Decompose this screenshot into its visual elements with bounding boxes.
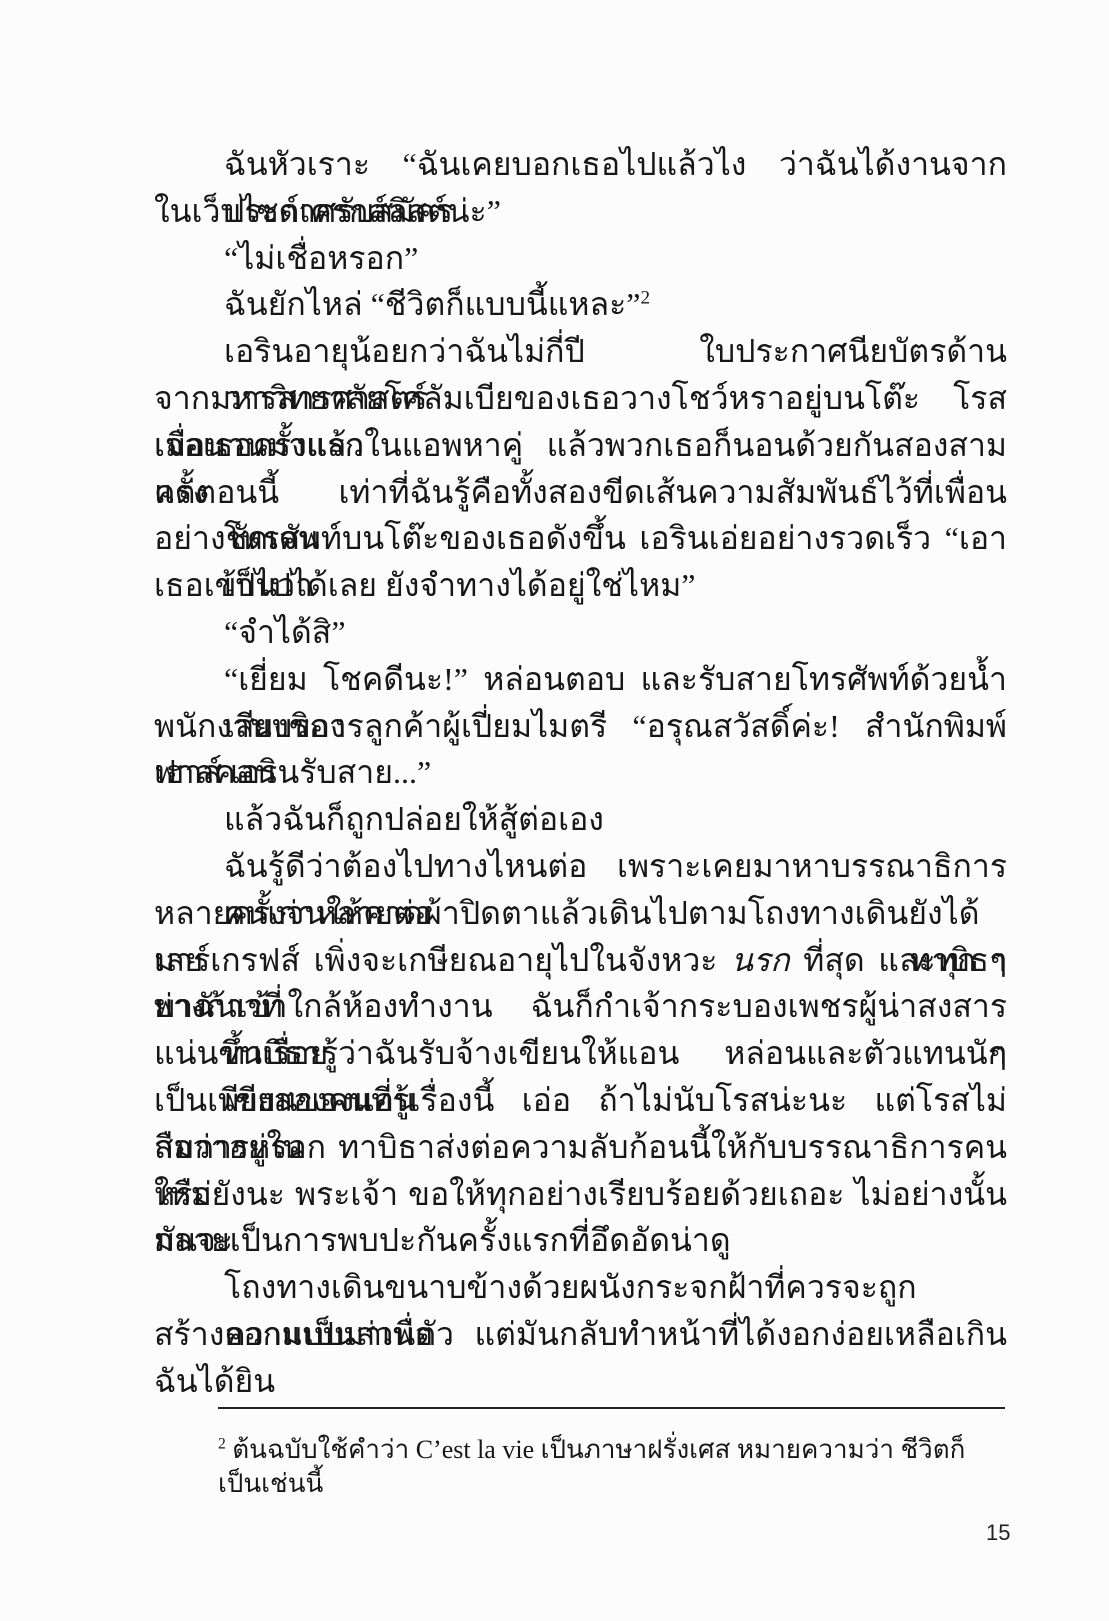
text-segment: “ไม่เชื่อหรอก” — [224, 240, 418, 276]
text-line: สมการหรอก ทาบิธาส่งต่อความลับก้อนนี้ให้ก… — [154, 1124, 1007, 1171]
text-line: เธอเข้าไปได้เลย ยังจำทางได้อยู่ใช่ไหม” — [154, 562, 1007, 609]
page-number: 15 — [986, 1520, 1010, 1546]
text-segment: เธอเข้าไปได้เลย ยังจำทางได้อยู่ใช่ไหม” — [154, 567, 696, 603]
text-line: มาร์เกรฟส์ เพิ่งจะเกษียณอายุไปในจังหวะ น… — [154, 937, 1007, 984]
text-segment: นรก — [731, 942, 789, 978]
text-line: “จำได้สิ” — [154, 609, 1007, 656]
footnote-text: 2 ต้นฉบับใช้คำว่า C’est la vie เป็นภาษาฝ… — [218, 1409, 1005, 1501]
text-line: เป็นเพียงสองคนที่รู้เรื่องนี้ เอ่อ ถ้าไม… — [154, 1077, 1007, 1124]
text-line: ฉันหัวเราะ “ฉันเคยบอกเธอไปแล้วไง ว่าฉันไ… — [154, 141, 1007, 188]
text-segment: ในเว็บไซต์เครกส์ลิสต์น่ะ” — [154, 193, 501, 229]
text-segment: แล้วฉันก็ถูกปล่อยให้สู้ต่อเอง — [224, 801, 604, 837]
footnote-marker: 2 — [218, 1435, 226, 1452]
footnote-reference: 2 — [640, 288, 650, 309]
text-segment: ฉันยักไหล่ “ชีวิตก็แบบนี้แหละ” — [224, 286, 640, 322]
text-line: เมื่อนานมาแล้วในแอพหาคู่ แล้วพวกเธอก็นอน… — [154, 422, 1007, 469]
text-line: แล้วฉันก็ถูกปล่อยให้สู้ต่อเอง — [154, 796, 1007, 843]
text-line: ทาบิธารู้ว่าฉันรับจ้างเขียนให้แอน หล่อนแ… — [154, 1030, 1007, 1077]
footnote-body: ต้นฉบับใช้คำว่า C’est la vie เป็นภาษาฝรั… — [218, 1435, 965, 1498]
text-line: แต่ตอนนี้ เท่าที่ฉันรู้คือทั้งสองขีดเส้น… — [154, 469, 1007, 516]
text-line: กลายเป็นการพบปะกันครั้งแรกที่อึดอัดน่าดู — [154, 1217, 1007, 1264]
text-line: โถงทางเดินขนาบข้างด้วยผนังกระจกฝ้าที่ควร… — [154, 1264, 1007, 1311]
text-segment: กลายเป็นการพบปะกันครั้งแรกที่อึดอัดน่าดู — [154, 1222, 731, 1258]
text-line: ในเว็บไซต์เครกส์ลิสต์น่ะ” — [154, 188, 1007, 235]
text-line: ฉันยักไหล่ “ชีวิตก็แบบนี้แหละ”2 — [154, 281, 1007, 328]
text-line: พาฉันเข้าใกล้ห้องทำงาน ฉันก็กำเจ้ากระบอง… — [154, 983, 1007, 1030]
text-line: พนักงานบริการลูกค้าผู้เปี่ยมไมตรี “อรุณส… — [154, 703, 1007, 750]
book-page: ฉันหัวเราะ “ฉันเคยบอกเธอไปแล้วไง ว่าฉันไ… — [0, 0, 1109, 1621]
text-line: สร้างความเป็นส่วนตัว แต่มันกลับทำหน้าที่… — [154, 1311, 1007, 1358]
text-line: ฉันรู้ดีว่าต้องไปทางไหนต่อ เพราะเคยมาหาบ… — [154, 843, 1007, 890]
text-line: โทรศัพท์บนโต๊ะของเธอดังขึ้น เอรินเอ่ยอย่… — [154, 515, 1007, 562]
text-line: “ไม่เชื่อหรอก” — [154, 235, 1007, 282]
text-line: เฮาส์ เอรินรับสาย...” — [154, 749, 1007, 796]
text-segment: มาร์เกรฟส์ เพิ่งจะเกษียณอายุไปในจังหวะ — [154, 942, 731, 978]
text-segment: “จำได้สิ” — [224, 614, 346, 650]
text-segment: สร้างความเป็นส่วนตัว แต่มันกลับทำหน้าที่… — [154, 1316, 1007, 1399]
footnote: 2 ต้นฉบับใช้คำว่า C’est la vie เป็นภาษาฝ… — [218, 1407, 1005, 1501]
body-text: ฉันหัวเราะ “ฉันเคยบอกเธอไปแล้วไง ว่าฉันไ… — [154, 141, 1007, 1358]
text-line: หรือยังนะ พระเจ้า ขอให้ทุกอย่างเรียบร้อย… — [154, 1171, 1007, 1218]
text-segment: เฮาส์ เอรินรับสาย...” — [154, 754, 431, 790]
text-line: จากมหาวิทยาลัยโคลัมเบียของเธอวางโชว์หราอ… — [154, 375, 1007, 422]
text-line: เอรินอายุน้อยกว่าฉันไม่กี่ปี ใบประกาศนีย… — [154, 328, 1007, 375]
text-line: หลายครั้งจนให้คาดผ้าปิดตาแล้วเดินไปตามโถ… — [154, 890, 1007, 937]
text-line: “เยี่ยม โชคดีนะ!” หล่อนตอบ และรับสายโทรศ… — [154, 656, 1007, 703]
